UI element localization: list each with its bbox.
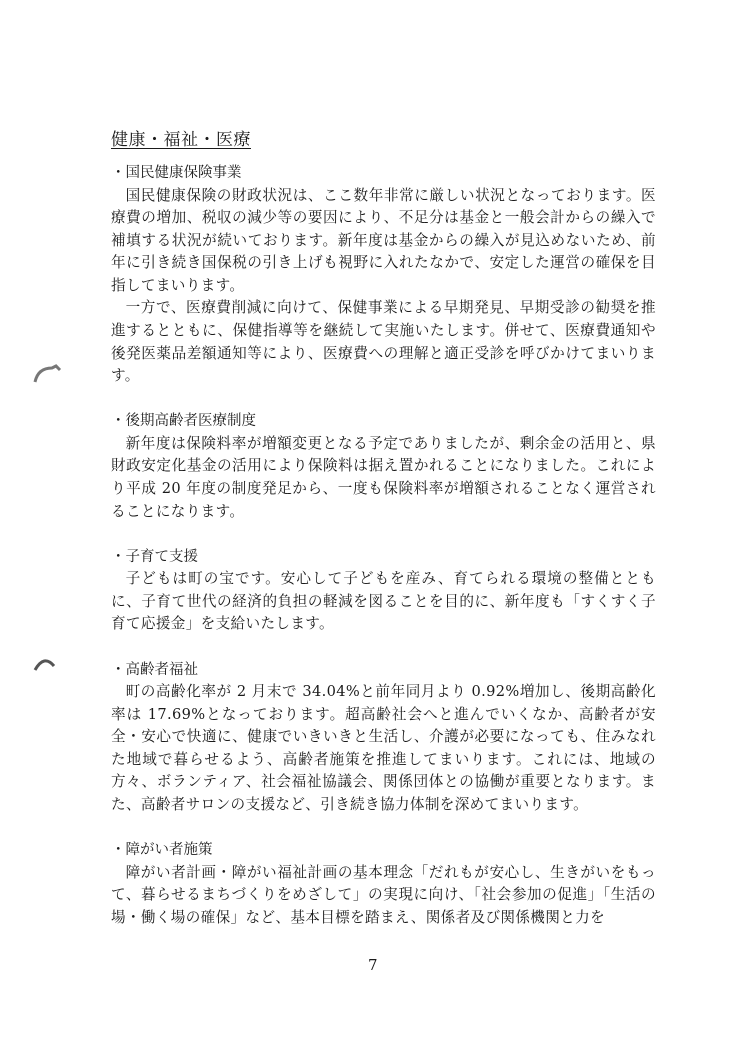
section-heading: ・後期高齢者医療制度 <box>111 410 656 433</box>
section-elderly-welfare: ・高齢者福祉 町の高齢化率が 2 月末で 34.04%と前年同月より 0.92%… <box>111 659 656 817</box>
section-late-elderly-medical: ・後期高齢者医療制度 新年度は保険料率が増額変更となる予定でありましたが、剰余金… <box>111 410 656 523</box>
section-heading: ・子育て支援 <box>111 546 656 569</box>
page-number: 7 <box>368 956 378 974</box>
paragraph: 町の高齢化率が 2 月末で 34.04%と前年同月より 0.92%増加し、後期高… <box>111 681 656 817</box>
section-heading: ・国民健康保険事業 <box>111 162 656 185</box>
paragraph: 新年度は保険料率が増額変更となる予定でありましたが、剰余金の活用と、県財政安定化… <box>111 433 656 523</box>
section-disability-policy: ・障がい者施策 障がい者計画・障がい福祉計画の基本理念「だれもが安心し、生きがい… <box>111 839 656 929</box>
paragraph: 一方で、医療費削減に向けて、保健事業による早期発見、早期受診の勧奨を推進するとと… <box>111 297 656 387</box>
paragraph: 国民健康保険の財政状況は、ここ数年非常に厳しい状況となっております。医療費の増加… <box>111 185 656 298</box>
section-heading: ・高齢者福祉 <box>111 659 656 682</box>
punch-hole-mark-icon <box>32 652 72 682</box>
section-national-health-insurance: ・国民健康保険事業 国民健康保険の財政状況は、ここ数年非常に厳しい状況となってお… <box>111 162 656 388</box>
document-page: 健康・福祉・医療 ・国民健康保険事業 国民健康保険の財政状況は、ここ数年非常に厳… <box>111 128 656 952</box>
paragraph: 子どもは町の宝です。安心して子どもを産み、育てられる環境の整備とともに、子育て世… <box>111 568 656 636</box>
section-child-support: ・子育て支援 子どもは町の宝です。安心して子どもを産み、育てられる環境の整備とと… <box>111 546 656 636</box>
section-heading: ・障がい者施策 <box>111 839 656 862</box>
punch-hole-mark-icon <box>30 360 70 390</box>
paragraph: 障がい者計画・障がい福祉計画の基本理念「だれもが安心し、生きがいをもって、暮らせ… <box>111 862 656 930</box>
page-title: 健康・福祉・医療 <box>111 128 656 152</box>
